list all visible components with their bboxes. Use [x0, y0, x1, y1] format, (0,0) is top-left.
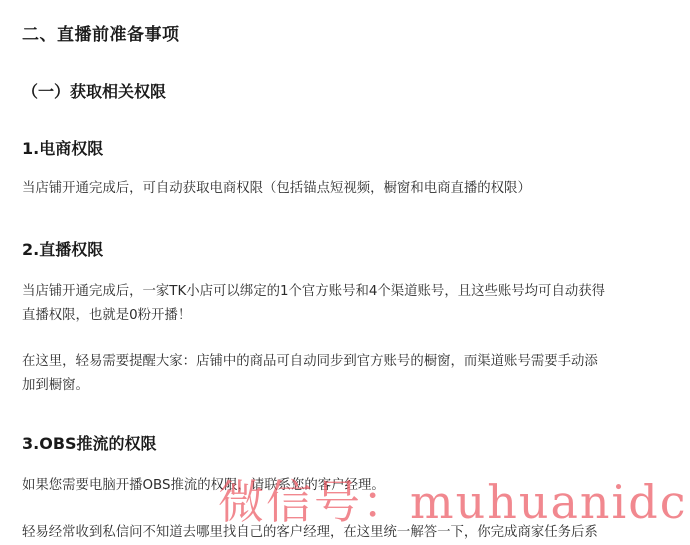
- item-heading-ecommerce-permission: 1.电商权限: [22, 136, 103, 159]
- paragraph-line: 如果您需要电脑开播OBS推流的权限，请联系您的客户经理。: [22, 474, 385, 498]
- paragraph-live-permission: 当店铺开通完成后，一家TK小店可以绑定的1个官方账号和4个渠道账号，且这些账号均…: [22, 280, 605, 328]
- paragraph-line: 直播权限，也就是0粉开播！: [22, 304, 605, 328]
- item-heading-obs-permission: 3.OBS推流的权限: [22, 431, 157, 454]
- paragraph-line: 轻易经常收到私信问不知道去哪里找自己的客户经理，在这里统一解答一下，你完成商家任…: [22, 521, 598, 545]
- paragraph-obs-permission: 如果您需要电脑开播OBS推流的权限，请联系您的客户经理。: [22, 474, 385, 498]
- paragraph-line: 当店铺开通完成后，可自动获取电商权限（包括锚点短视频，橱窗和电商直播的权限）: [22, 177, 531, 201]
- paragraph-ecommerce-permission: 当店铺开通完成后，可自动获取电商权限（包括锚点短视频，橱窗和电商直播的权限）: [22, 177, 531, 201]
- paragraph-showcase-note: 在这里，轻易需要提醒大家：店铺中的商品可自动同步到官方账号的橱窗，而渠道账号需要…: [22, 350, 598, 398]
- item-heading-live-permission: 2.直播权限: [22, 237, 103, 260]
- paragraph-line: 当店铺开通完成后，一家TK小店可以绑定的1个官方账号和4个渠道账号，且这些账号均…: [22, 280, 605, 304]
- section-title: 二、直播前准备事项: [22, 20, 180, 45]
- subsection-title: （一）获取相关权限: [22, 79, 166, 102]
- paragraph-line: 加到橱窗。: [22, 374, 598, 398]
- paragraph-line: 在这里，轻易需要提醒大家：店铺中的商品可自动同步到官方账号的橱窗，而渠道账号需要…: [22, 350, 598, 374]
- paragraph-account-manager: 轻易经常收到私信问不知道去哪里找自己的客户经理，在这里统一解答一下，你完成商家任…: [22, 521, 598, 545]
